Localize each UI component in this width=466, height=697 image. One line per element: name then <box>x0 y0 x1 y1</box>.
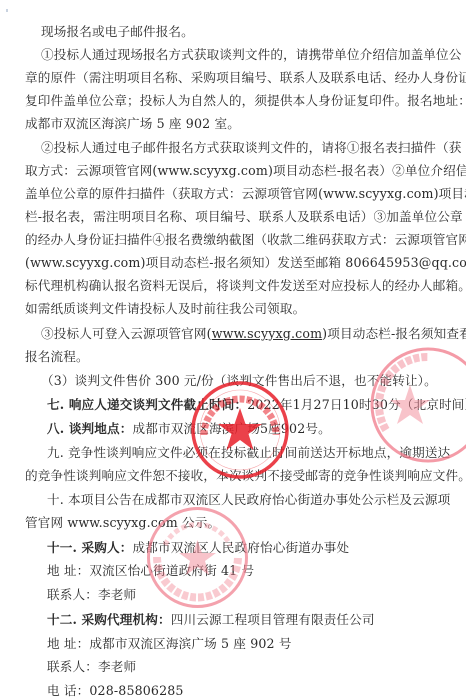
text-line: ①投标人通过现场报名方式获取谈判文件的，请携带单位介绍信加盖单位公 <box>41 47 462 63</box>
purchaser-address: 地 址：双流区怡心街道政府街 41 号 <box>47 563 254 579</box>
text-line: 章的原件（需注明项目名称、采购项目编号、联系人及联系电话、经办人身份证 <box>25 70 466 86</box>
section-10-line1: 十. 本项目公告在成都市双流区人民政府怡心街道办事处公示栏及云源项 <box>47 492 450 508</box>
text-prefix: ③投标人可登入云源项管官网( <box>41 326 212 341</box>
section-11: 十一. 采购人：成都市双流区人民政府怡心街道办事处 <box>47 540 349 556</box>
section-10-line2: 管官网 www.scyyxg.com 公示。 <box>25 515 220 531</box>
text-line: 成都市双流区海滨广场 5 座 902 室。 <box>25 116 240 132</box>
section-7: 七. 响应人递交谈判文件截止时间：2022年1月27日10时30分（北京时间）。 <box>47 397 466 413</box>
section-8: 八. 谈判地点：成都市双流区海滨广场5座902号。 <box>47 421 331 437</box>
agency-contact: 联系人：李老师 <box>47 659 136 675</box>
text-line: （3）谈判文件售价 300 元/份（谈判文件售出后不退，也不能转让）。 <box>41 373 437 389</box>
text-line: 栏-报名表，需注明项目名称、项目编号、联系人及联系电话）③加盖单位公章 <box>25 209 463 225</box>
text-line: 复印件盖单位公章；投标人为自然人的，须提供本人身份证复印件。报名地址： <box>25 93 466 109</box>
text-line: 盖单位公章的原件扫描件（获取方式：云源项管官网(www.scyyxg.com)项… <box>25 186 466 202</box>
agency-address: 地 址：成都市双流区海滨广场 5 座 902 号 <box>47 636 292 652</box>
section-8-value: 成都市双流区海滨广场5座902号。 <box>133 421 331 436</box>
text-suffix: )项目动态栏-报名须知查看 <box>322 326 466 341</box>
section-9-line1: 九. 竞争性谈判响应文件必须在投标截止时间前送达开标地点，逾期送达 <box>47 445 450 461</box>
section-7-value: 2022年1月27日10时30分（北京时间）。 <box>247 397 466 412</box>
website-link[interactable]: www.scyyxg.com <box>212 326 322 341</box>
section-9-line2: 的竞争性谈判响应文件恕不接收，本次谈判不接受邮寄的竞争性谈判响应文件。 <box>25 468 466 484</box>
text-line: 现场报名或电子邮件报名。 <box>41 24 194 40</box>
section-11-value: 成都市双流区人民政府怡心街道办事处 <box>133 540 350 555</box>
document-page: 现场报名或电子邮件报名。 ①投标人通过现场报名方式获取谈判文件的，请携带单位介绍… <box>0 0 466 697</box>
section-12: 十二. 采购代理机构：四川云源工程项目管理有限责任公司 <box>47 612 375 628</box>
section-7-label: 七. 响应人递交谈判文件截止时间： <box>47 397 247 412</box>
text-line: 的经办人身份证扫描件④报名费缴纳截图（收款二维码获取方式：云源项管官网 <box>25 232 466 248</box>
text-line: ②投标人通过电子邮件报名方式获取谈判文件的，请将①报名表扫描件（获 <box>41 140 462 156</box>
text-line: ③投标人可登入云源项管官网(www.scyyxg.com)项目动态栏-报名须知查… <box>41 326 466 342</box>
agency-phone: 电 话：028-85806285 <box>47 683 184 697</box>
purchaser-contact: 联系人：李老师 <box>47 587 136 603</box>
text-line: 取方式：云源项管官网(www.scyyxg.com)项目动态栏-报名表）②单位介… <box>25 163 466 179</box>
text-line: 标代理机构确认报名资料无误后，将谈判文件发送至对应投标人的经办人邮箱。 <box>25 278 466 294</box>
scan-speck <box>6 9 8 12</box>
text-line: 如需纸质谈判文件请投标人及时前往我公司领取。 <box>25 301 305 317</box>
text-line: 报名流程。 <box>25 349 89 365</box>
section-12-label: 十二. 采购代理机构： <box>47 612 171 627</box>
text-line: (www.scyyxg.com)项目动态栏-报名须知）发送至邮箱 8066459… <box>25 255 466 271</box>
section-12-value: 四川云源工程项目管理有限责任公司 <box>171 612 375 627</box>
section-8-label: 八. 谈判地点： <box>47 421 133 436</box>
section-11-label: 十一. 采购人： <box>47 540 133 555</box>
